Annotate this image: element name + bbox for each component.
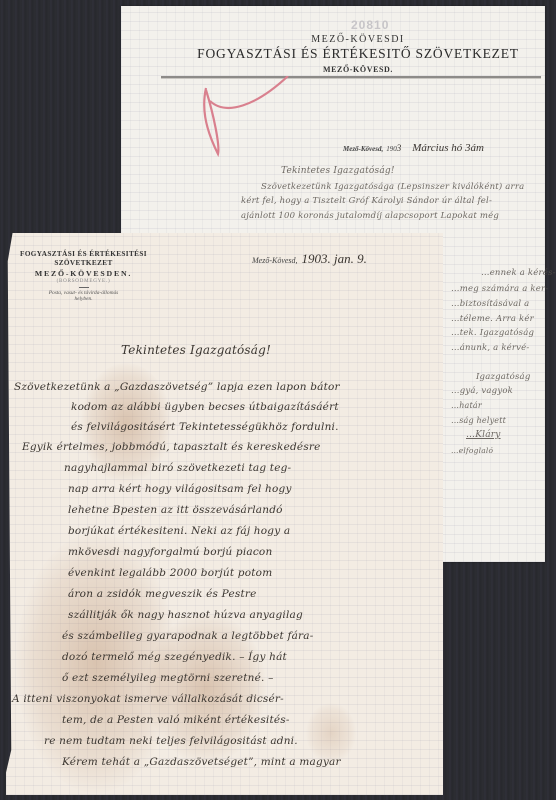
front-letterhead: FOGYASZTÁSI ÉS ÉRTÉKESITÉSI SZÖVETKEZET … <box>16 250 151 302</box>
front-letterhead-line4: (BORSODMEGYE.) <box>16 279 151 284</box>
back-line: …tek. Igazgatóság <box>451 328 534 338</box>
front-date-hand: 1903. jan. 9. <box>302 251 367 267</box>
front-line: nagyhajlammal biró szövetkezeti tag teg- <box>64 462 291 474</box>
front-line: kodom az alábbi ügyben becses útbaigazít… <box>71 401 339 413</box>
front-letterhead-line3: MEZŐ-KÖVESDEN. <box>16 269 151 278</box>
back-line: …ság helyett <box>451 416 506 425</box>
letterhead-line1: MEZŐ-KÖVESDI <box>121 34 545 45</box>
water-stain <box>306 703 356 763</box>
front-letterhead-line2: SZÖVETKEZET <box>16 259 151 267</box>
front-line: lehetne Bpesten az itt összevásárlandó <box>68 504 283 516</box>
front-letterhead-line1: FOGYASZTÁSI ÉS ÉRTÉKESITÉSI <box>16 250 151 258</box>
back-line: …gyá, vagyok <box>451 386 513 396</box>
back-line: …ennek a kérés- <box>481 268 556 278</box>
front-line: A itteni viszonyokat ismerve vállalkozás… <box>12 693 284 705</box>
back-line: Igazgatóság <box>476 372 530 382</box>
front-line: Egyik értelmes, jobbmódú, tapasztalt és … <box>22 441 321 453</box>
front-line: tem, de a Pesten való miként értékesités… <box>62 714 290 726</box>
back-signature: …Kláry <box>466 430 501 440</box>
front-line: Szövetkezetünk a „Gazdaszövetség” lapja … <box>14 381 340 393</box>
back-year-printed: 190 <box>386 145 397 153</box>
letterhead-dash <box>79 287 89 288</box>
front-place: Mező-Kövesd, <box>252 256 298 265</box>
back-line: …határ <box>451 401 482 410</box>
front-line: mkövesdi nagyforgalmú borjú piacon <box>68 546 272 558</box>
front-date-line: Mező-Kövesd, 1903. jan. 9. <box>252 251 367 267</box>
front-line: szállitják ők nagy hasznot húzva anyagil… <box>68 609 303 621</box>
front-letter: FOGYASZTÁSI ÉS ÉRTÉKESITÉSI SZÖVETKEZET … <box>6 233 443 795</box>
back-place: Mező-Kövesd, <box>343 145 383 153</box>
front-line: Kérem tehát a „Gazdaszövetséget”, mint a… <box>62 756 341 768</box>
front-line: évenkint legalább 2000 borjút potom <box>68 567 272 579</box>
back-line: …elfoglaló <box>451 446 493 455</box>
letterhead-line2: FOGYASZTÁSI ÉS ÉRTÉKESITŐ SZÖVETKEZET <box>121 46 545 62</box>
back-line: ajánlott 100 koronás jutalomdíj alapcsop… <box>241 211 499 221</box>
back-line: Szövetkezetünk Igazgatósága (Lepsinszer … <box>261 182 524 192</box>
front-letterhead-line6: helyben. <box>16 296 151 302</box>
back-line: …ánunk, a kérvé- <box>451 343 529 353</box>
front-line: nap arra kért hogy világositsam fel hogy <box>68 483 292 495</box>
red-pencil-mark-icon <box>196 76 296 166</box>
letterhead-line3: MEZŐ-KÖVESD. <box>121 65 545 74</box>
back-salutation: Tekintetes Igazgatóság! <box>281 166 395 176</box>
back-line: kért fel, hogy a Tisztelt Gróf Károlyi S… <box>241 196 492 206</box>
front-line: és számbelileg gyarapodnak a legtöbbet f… <box>62 630 313 642</box>
front-line: borjúkat értékesiteni. Neki az fáj hogy … <box>68 525 290 537</box>
back-date-line: Mező-Kövesd, 1903 Március hó 3ám <box>343 142 484 154</box>
front-line: re nem tudtam neki teljes felvilágositás… <box>44 735 298 747</box>
archive-number: 20810 <box>351 18 389 32</box>
front-line: ő ezt személyileg megtörni szeretné. – <box>62 672 274 684</box>
back-date-hand: Március hó 3ám <box>412 142 484 154</box>
back-line: …biztosításával a <box>451 299 529 309</box>
front-line: dozó termelő még szegényedik. – Így hát <box>62 651 287 663</box>
front-salutation: Tekintetes Igazgatóság! <box>121 343 271 357</box>
front-line: áron a zsidók megveszik és Pestre <box>68 588 257 600</box>
back-year-hand: 3 <box>397 143 402 153</box>
back-line: …téleme. Arra kér <box>451 314 534 324</box>
front-line: és felvilágositásért Tekintetességükhöz … <box>71 421 339 433</box>
back-line: …meg számára a ker- <box>451 284 548 294</box>
